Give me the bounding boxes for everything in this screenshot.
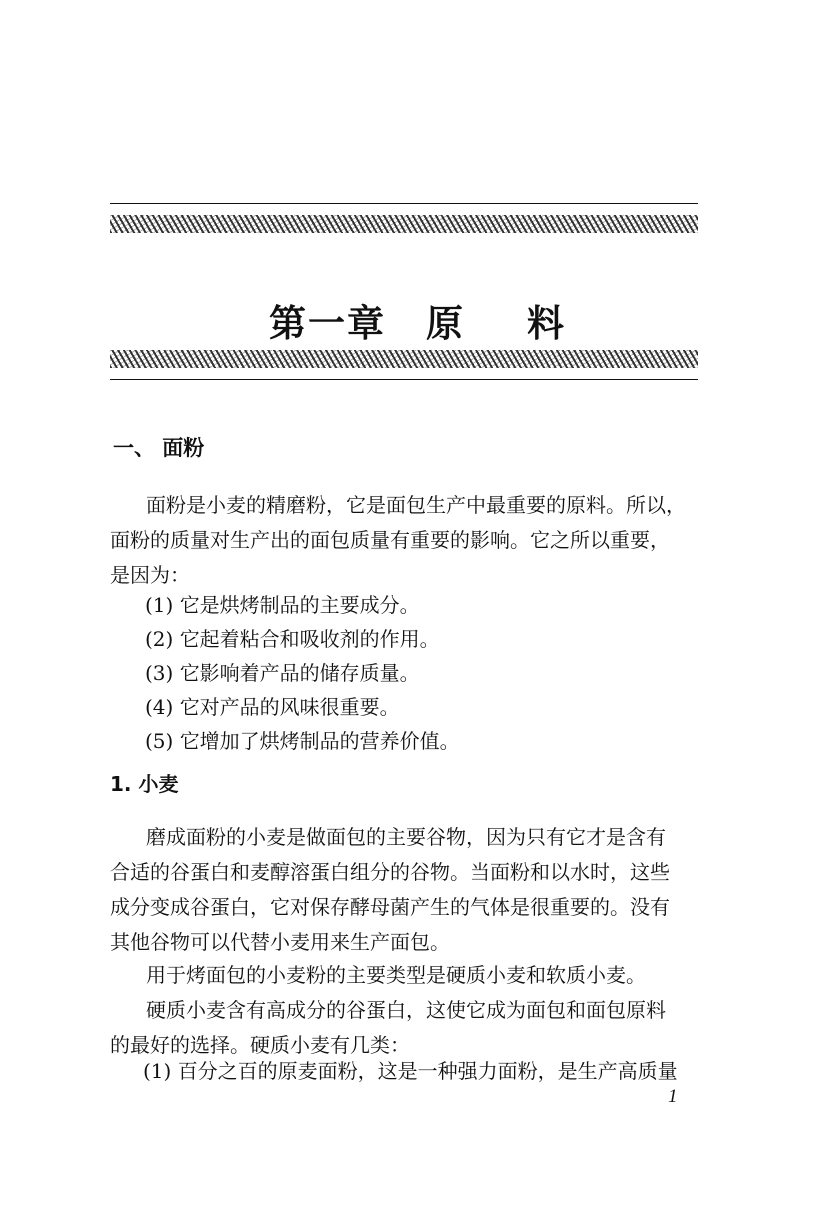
header-bottom-rule (110, 379, 698, 380)
chapter-number: 第一章 (269, 293, 386, 347)
text-line: 合适的谷蛋白和麦醇溶蛋白组分的谷物。当面粉和以水时，这些 (110, 855, 705, 890)
text-line: 硬质小麦含有高成分的谷蛋白，这使它成为面包和面包原料 (110, 993, 705, 1028)
page-number: 1 (668, 1086, 678, 1108)
section-heading-flour: 一、 面粉 (113, 432, 204, 462)
text-line: 其他谷物可以代替小麦用来生产面包。 (110, 925, 705, 960)
text-line: 面粉是小麦的精磨粉，它是面包生产中最重要的原料。所以， (110, 488, 705, 523)
header-hatch-band-bottom (110, 350, 698, 368)
chapter-title: 第一章原料 (0, 293, 835, 347)
text-line: 面粉的质量对生产出的面包质量有重要的影响。它之所以重要， (110, 523, 705, 558)
header-top-rule (110, 203, 698, 204)
text-line: 成分变成谷蛋白，它对保存酵母菌产生的气体是很重要的。没有 (110, 890, 705, 925)
list-item: (3) 它影响着产品的储存质量。 (145, 657, 420, 686)
chapter-title-char-2: 料 (527, 293, 566, 347)
wheat-paragraph-1: 磨成面粉的小麦是做面包的主要谷物，因为只有它才是含有 合适的谷蛋白和麦醇溶蛋白组… (110, 820, 705, 960)
text-line: 磨成面粉的小麦是做面包的主要谷物，因为只有它才是含有 (110, 820, 705, 855)
header-hatch-band-top (110, 215, 698, 233)
intro-paragraph: 面粉是小麦的精磨粉，它是面包生产中最重要的原料。所以， 面粉的质量对生产出的面包… (110, 488, 705, 593)
wheat-paragraph-3: 硬质小麦含有高成分的谷蛋白，这使它成为面包和面包原料 的最好的选择。硬质小麦有几… (110, 993, 705, 1063)
hard-wheat-list-item: (1) 百分之百的原麦面粉，这是一种强力面粉，是生产高质量 (143, 1055, 678, 1084)
text-line: 用于烤面包的小麦粉的主要类型是硬质小麦和软质小麦。 (110, 958, 705, 993)
list-item: (1) 它是烘烤制品的主要成分。 (145, 589, 420, 618)
list-item: (2) 它起着粘合和吸收剂的作用。 (145, 623, 440, 652)
wheat-paragraph-2: 用于烤面包的小麦粉的主要类型是硬质小麦和软质小麦。 (110, 958, 705, 993)
text-line: 是因为： (110, 558, 705, 593)
chapter-title-char-1: 原 (426, 293, 465, 347)
subsection-heading-wheat: 1. 小麦 (110, 768, 178, 797)
list-item: (4) 它对产品的风味很重要。 (145, 691, 400, 720)
list-item: (5) 它增加了烘烤制品的营养价值。 (145, 725, 460, 754)
